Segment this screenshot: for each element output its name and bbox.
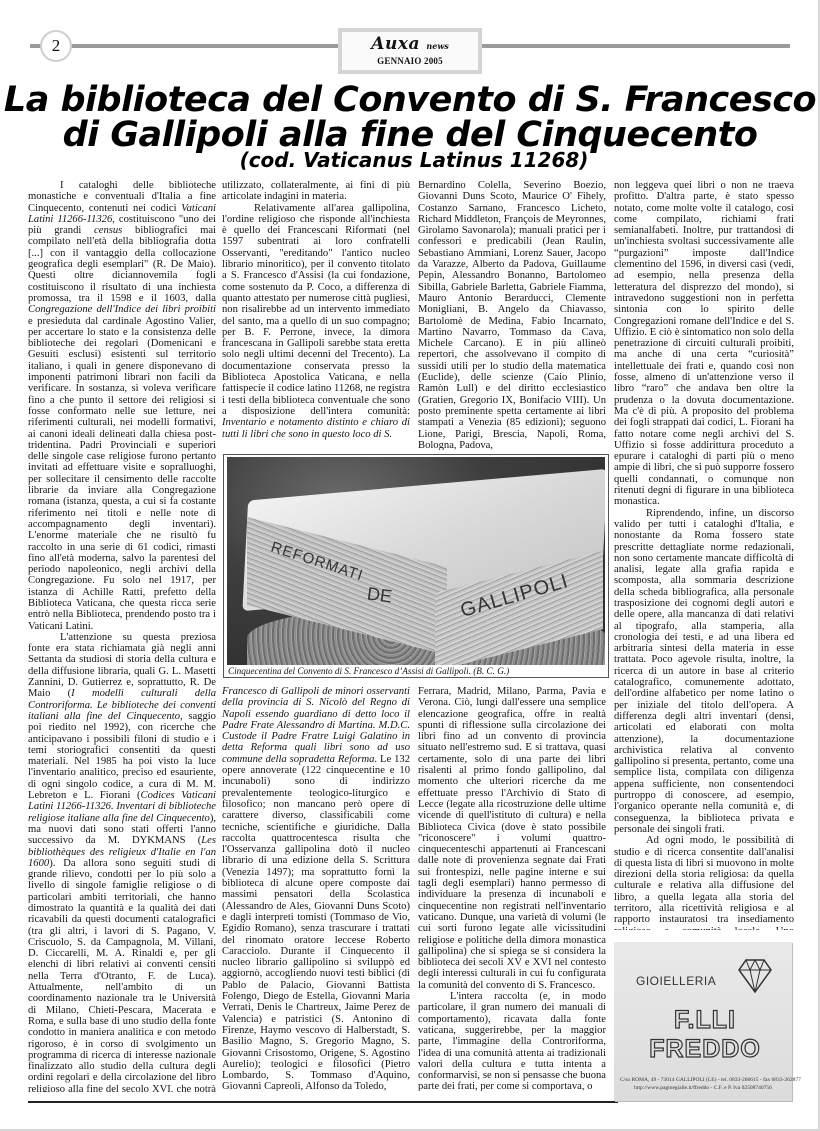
article-column-3-bottom: Ferrara, Madrid, Milano, Parma, Pavia e …	[418, 686, 606, 1091]
paragraph: I cataloghi delle biblioteche monastiche…	[28, 180, 216, 632]
paragraph: L'intera raccolta (e, in modo particolar…	[418, 991, 606, 1091]
paragraph: Relativamente all'area gallipolina, l'or…	[222, 203, 410, 440]
photo-caption: Cinquecentina del Convento di S. Frances…	[228, 666, 509, 676]
cinquecentina-image: REFORMATI DE GALLIPOLI	[227, 457, 605, 665]
article-column-2-top: utilizzato, collateralmente, ai fini di …	[222, 180, 410, 450]
article-column-3-top: Bernardino Colella, Severino Boezio, Gio…	[418, 180, 606, 450]
bottom-divider	[28, 1101, 618, 1103]
advertisement: GIOIELLERIA F.LLI FREDDO C/so ROMA, 49 -…	[614, 942, 792, 1101]
paragraph: Francesco di Gallipoli de minori osserva…	[222, 686, 410, 1091]
ad-address-line-1: C/so ROMA, 49 - 73014 GALLIPOLI (LE) - t…	[620, 1076, 786, 1084]
article-title-line-1: La biblioteca del Convento di S. Frances…	[0, 80, 820, 120]
masthead-suffix: news	[426, 41, 448, 51]
paragraph: Ferrara, Madrid, Milano, Parma, Pavia e …	[418, 686, 606, 991]
ad-business-name: F.LLI FREDDO	[630, 1006, 780, 1064]
masthead-name: Auxa	[371, 34, 420, 54]
masthead-title: Auxa news	[342, 34, 478, 56]
paragraph: Riprendendo, infine, un discorso valido …	[614, 508, 794, 836]
ad-address-line-2: http://www.paginegialle.it/ffreddo - C.F…	[620, 1084, 786, 1092]
paragraph: L'attenzione su questa preziosa fonte er…	[28, 632, 216, 1092]
article-column-4: non leggeva quei libri o non ne traeva p…	[614, 180, 794, 930]
ad-category: GIOIELLERIA	[636, 974, 716, 988]
issue-date: GENNAIO 2005	[342, 56, 478, 66]
header-rule-right	[478, 44, 790, 48]
header-rule-left	[30, 44, 342, 48]
paragraph: utilizzato, collateralmente, ai fini di …	[222, 180, 410, 203]
diamond-icon	[738, 958, 772, 994]
book-photo: REFORMATI DE GALLIPOLI Cinquecentina del…	[223, 454, 609, 678]
paragraph: Bernardino Colella, Severino Boezio, Gio…	[418, 180, 606, 450]
page-number: 2	[40, 30, 72, 62]
paragraph: Ad ogni modo, le possibilità di studio e…	[614, 835, 794, 930]
paragraph: non leggeva quei libri o non ne traeva p…	[614, 180, 794, 508]
page: 2 Auxa news GENNAIO 2005 La biblioteca d…	[0, 0, 820, 1131]
inscription-mid: DE	[366, 583, 394, 607]
article-column-2-bottom: Francesco di Gallipoli de minori osserva…	[222, 686, 410, 1091]
masthead: Auxa news GENNAIO 2005	[338, 28, 482, 74]
ad-address: C/so ROMA, 49 - 73014 GALLIPOLI (LE) - t…	[620, 1076, 786, 1092]
article-subtitle: (cod. Vaticanus Latinus 11268)	[4, 148, 820, 172]
article-column-1: I cataloghi delle biblioteche monastiche…	[28, 180, 216, 1092]
